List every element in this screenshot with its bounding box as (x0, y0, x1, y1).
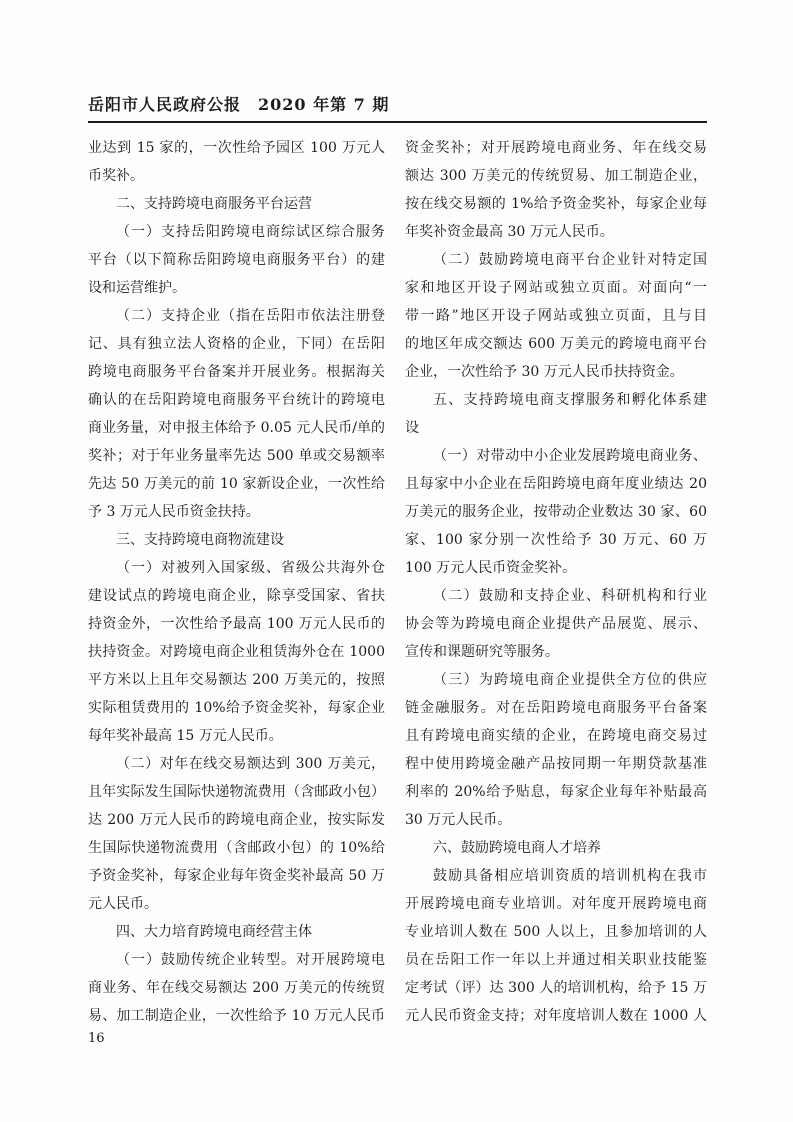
text-line: 予资金奖补，每家企业每年资金奖补最高 50 万 (88, 862, 385, 890)
text-line: 平台（以下简称岳阳跨境电商服务平台）的建 (88, 246, 385, 274)
text-line: 利率的 20%给予贴息，每家企业每年补贴最高 (405, 778, 707, 806)
document-page: 岳阳市人民政府公报 2020 年第 7 期 业达到 15 家的，一次性给予园区 … (0, 0, 793, 1122)
text-line: 商业务、年在线交易额达 200 万美元的传统贸 (88, 974, 385, 1002)
text-line: 链金融服务。对在岳阳跨境电商服务平台备案 (405, 694, 707, 722)
text-line: 的地区年成交额达 600 万美元的跨境电商平台 (405, 330, 707, 358)
text-line: 二、支持跨境电商服务平台运营 (88, 190, 385, 218)
text-line: 三、支持跨境电商物流建设 (88, 526, 385, 554)
text-line: 易、加工制造企业，一次性给予 10 万元人民币 (88, 1002, 385, 1030)
text-line: 100 万元人民币资金奖补。 (405, 554, 707, 582)
text-line: 设 (405, 414, 707, 442)
text-line: 万美元的服务企业，按带动企业数达 30 家、60 (405, 498, 707, 526)
text-line: 鼓励具备相应培训资质的培训机构在我市 (405, 862, 707, 890)
text-line: （一）对带动中小企业发展跨境电商业务、 (405, 442, 707, 470)
text-line: 员在岳阳工作一年以上并通过相关职业技能鉴 (405, 946, 707, 974)
text-line: 额达 300 万美元的传统贸易、加工制造企业， (405, 162, 707, 190)
text-line: 开展跨境电商专业培训。对年度开展跨境电商 (405, 890, 707, 918)
text-line: 跨境电商服务平台备案并开展业务。根据海关 (88, 358, 385, 386)
text-line: 程中使用跨境金融产品按同期一年期贷款基准 (405, 750, 707, 778)
text-line: 且年实际发生国际快递物流费用（含邮政小包） (88, 778, 385, 806)
text-line: （一）鼓励传统企业转型。对开展跨境电 (88, 946, 385, 974)
text-line: 生国际快递物流费用（含邮政小包）的 10%给 (88, 834, 385, 862)
text-line: 宣传和课题研究等服务。 (405, 638, 707, 666)
text-line: （三）为跨境电商企业提供全方位的供应 (405, 666, 707, 694)
text-line: 予 3 万元人民币资金扶持。 (88, 498, 385, 526)
text-line: 实际租赁费用的 10%给予资金奖补，每家企业 (88, 694, 385, 722)
text-column-left: 业达到 15 家的，一次性给予园区 100 万元人民币奖补。二、支持跨境电商服务… (88, 134, 385, 1030)
text-line: 专业培训人数在 500 人以上，且参加培训的人 (405, 918, 707, 946)
text-line: 年奖补资金最高 30 万元人民币。 (405, 218, 707, 246)
text-line: 五、支持跨境电商支撑服务和孵化体系建 (405, 386, 707, 414)
text-line: （二）对年在线交易额达到 300 万美元， (88, 750, 385, 778)
text-line: 四、大力培育跨境电商经营主体 (88, 918, 385, 946)
text-line: 家和地区开设子网站或独立页面。对面向“一 (405, 274, 707, 302)
text-line: （一）支持岳阳跨境电商综试区综合服务 (88, 218, 385, 246)
text-line: 元人民币。 (88, 890, 385, 918)
text-line: 币奖补。 (88, 162, 385, 190)
text-line: 持资金外，一次性给予最高 100 万元人民币的 (88, 610, 385, 638)
text-line: 定考试（评）达 300 人的培训机构，给予 15 万 (405, 974, 707, 1002)
text-line: （二）支持企业（指在岳阳市依法注册登 (88, 302, 385, 330)
text-line: 资金奖补；对开展跨境电商业务、年在线交易 (405, 134, 707, 162)
text-line: （二）鼓励和支持企业、科研机构和行业 (405, 582, 707, 610)
text-line: 每年奖补最高 15 万元人民币。 (88, 722, 385, 750)
text-column-right: 资金奖补；对开展跨境电商业务、年在线交易额达 300 万美元的传统贸易、加工制造… (405, 134, 707, 1030)
text-line: 建设试点的跨境电商企业，除享受国家、省扶 (88, 582, 385, 610)
text-line: 设和运营维护。 (88, 274, 385, 302)
text-line: 且每家中小企业在岳阳跨境电商年度业绩达 20 (405, 470, 707, 498)
text-line: 协会等为跨境电商企业提供产品展览、展示、 (405, 610, 707, 638)
gazette-header: 岳阳市人民政府公报 2020 年第 7 期 (88, 96, 707, 123)
text-line: 扶持资金。对跨境电商企业租赁海外仓在 1000 (88, 638, 385, 666)
text-line: 30 万元人民币。 (405, 806, 707, 834)
text-line: 奖补；对于年业务量率先达 500 单或交易额率 (88, 442, 385, 470)
text-line: 达 200 万元人民币的跨境电商企业，按实际发 (88, 806, 385, 834)
text-line: 元人民币资金支持；对年度培训人数在 1000 人 (405, 1002, 707, 1030)
text-line: 平方米以上且年交易额达 200 万美元的，按照 (88, 666, 385, 694)
text-line: 带一路”地区开设子网站或独立页面，且与目 (405, 302, 707, 330)
text-line: 且有跨境电商实绩的企业，在跨境电商交易过 (405, 722, 707, 750)
text-line: 记、具有独立法人资格的企业，下同）在岳阳 (88, 330, 385, 358)
text-line: 确认的在岳阳跨境电商服务平台统计的跨境电 (88, 386, 385, 414)
text-line: 家、100 家分别一次性给予 30 万元、60 万元、 (405, 526, 707, 554)
page-number: 16 (88, 1031, 707, 1047)
text-line: 企业，一次性给予 30 万元人民币扶持资金。 (405, 358, 707, 386)
text-line: （二）鼓励跨境电商平台企业针对特定国 (405, 246, 707, 274)
content-columns: 业达到 15 家的，一次性给予园区 100 万元人民币奖补。二、支持跨境电商服务… (88, 134, 707, 1030)
text-line: 商业务量，对申报主体给予 0.05 元人民币/单的 (88, 414, 385, 442)
text-line: 六、鼓励跨境电商人才培养 (405, 834, 707, 862)
text-line: （一）对被列入国家级、省级公共海外仓 (88, 554, 385, 582)
text-line: 按在线交易额的 1%给予资金奖补，每家企业每 (405, 190, 707, 218)
text-line: 业达到 15 家的，一次性给予园区 100 万元人民 (88, 134, 385, 162)
text-line: 先达 50 万美元的前 10 家新设企业，一次性给 (88, 470, 385, 498)
